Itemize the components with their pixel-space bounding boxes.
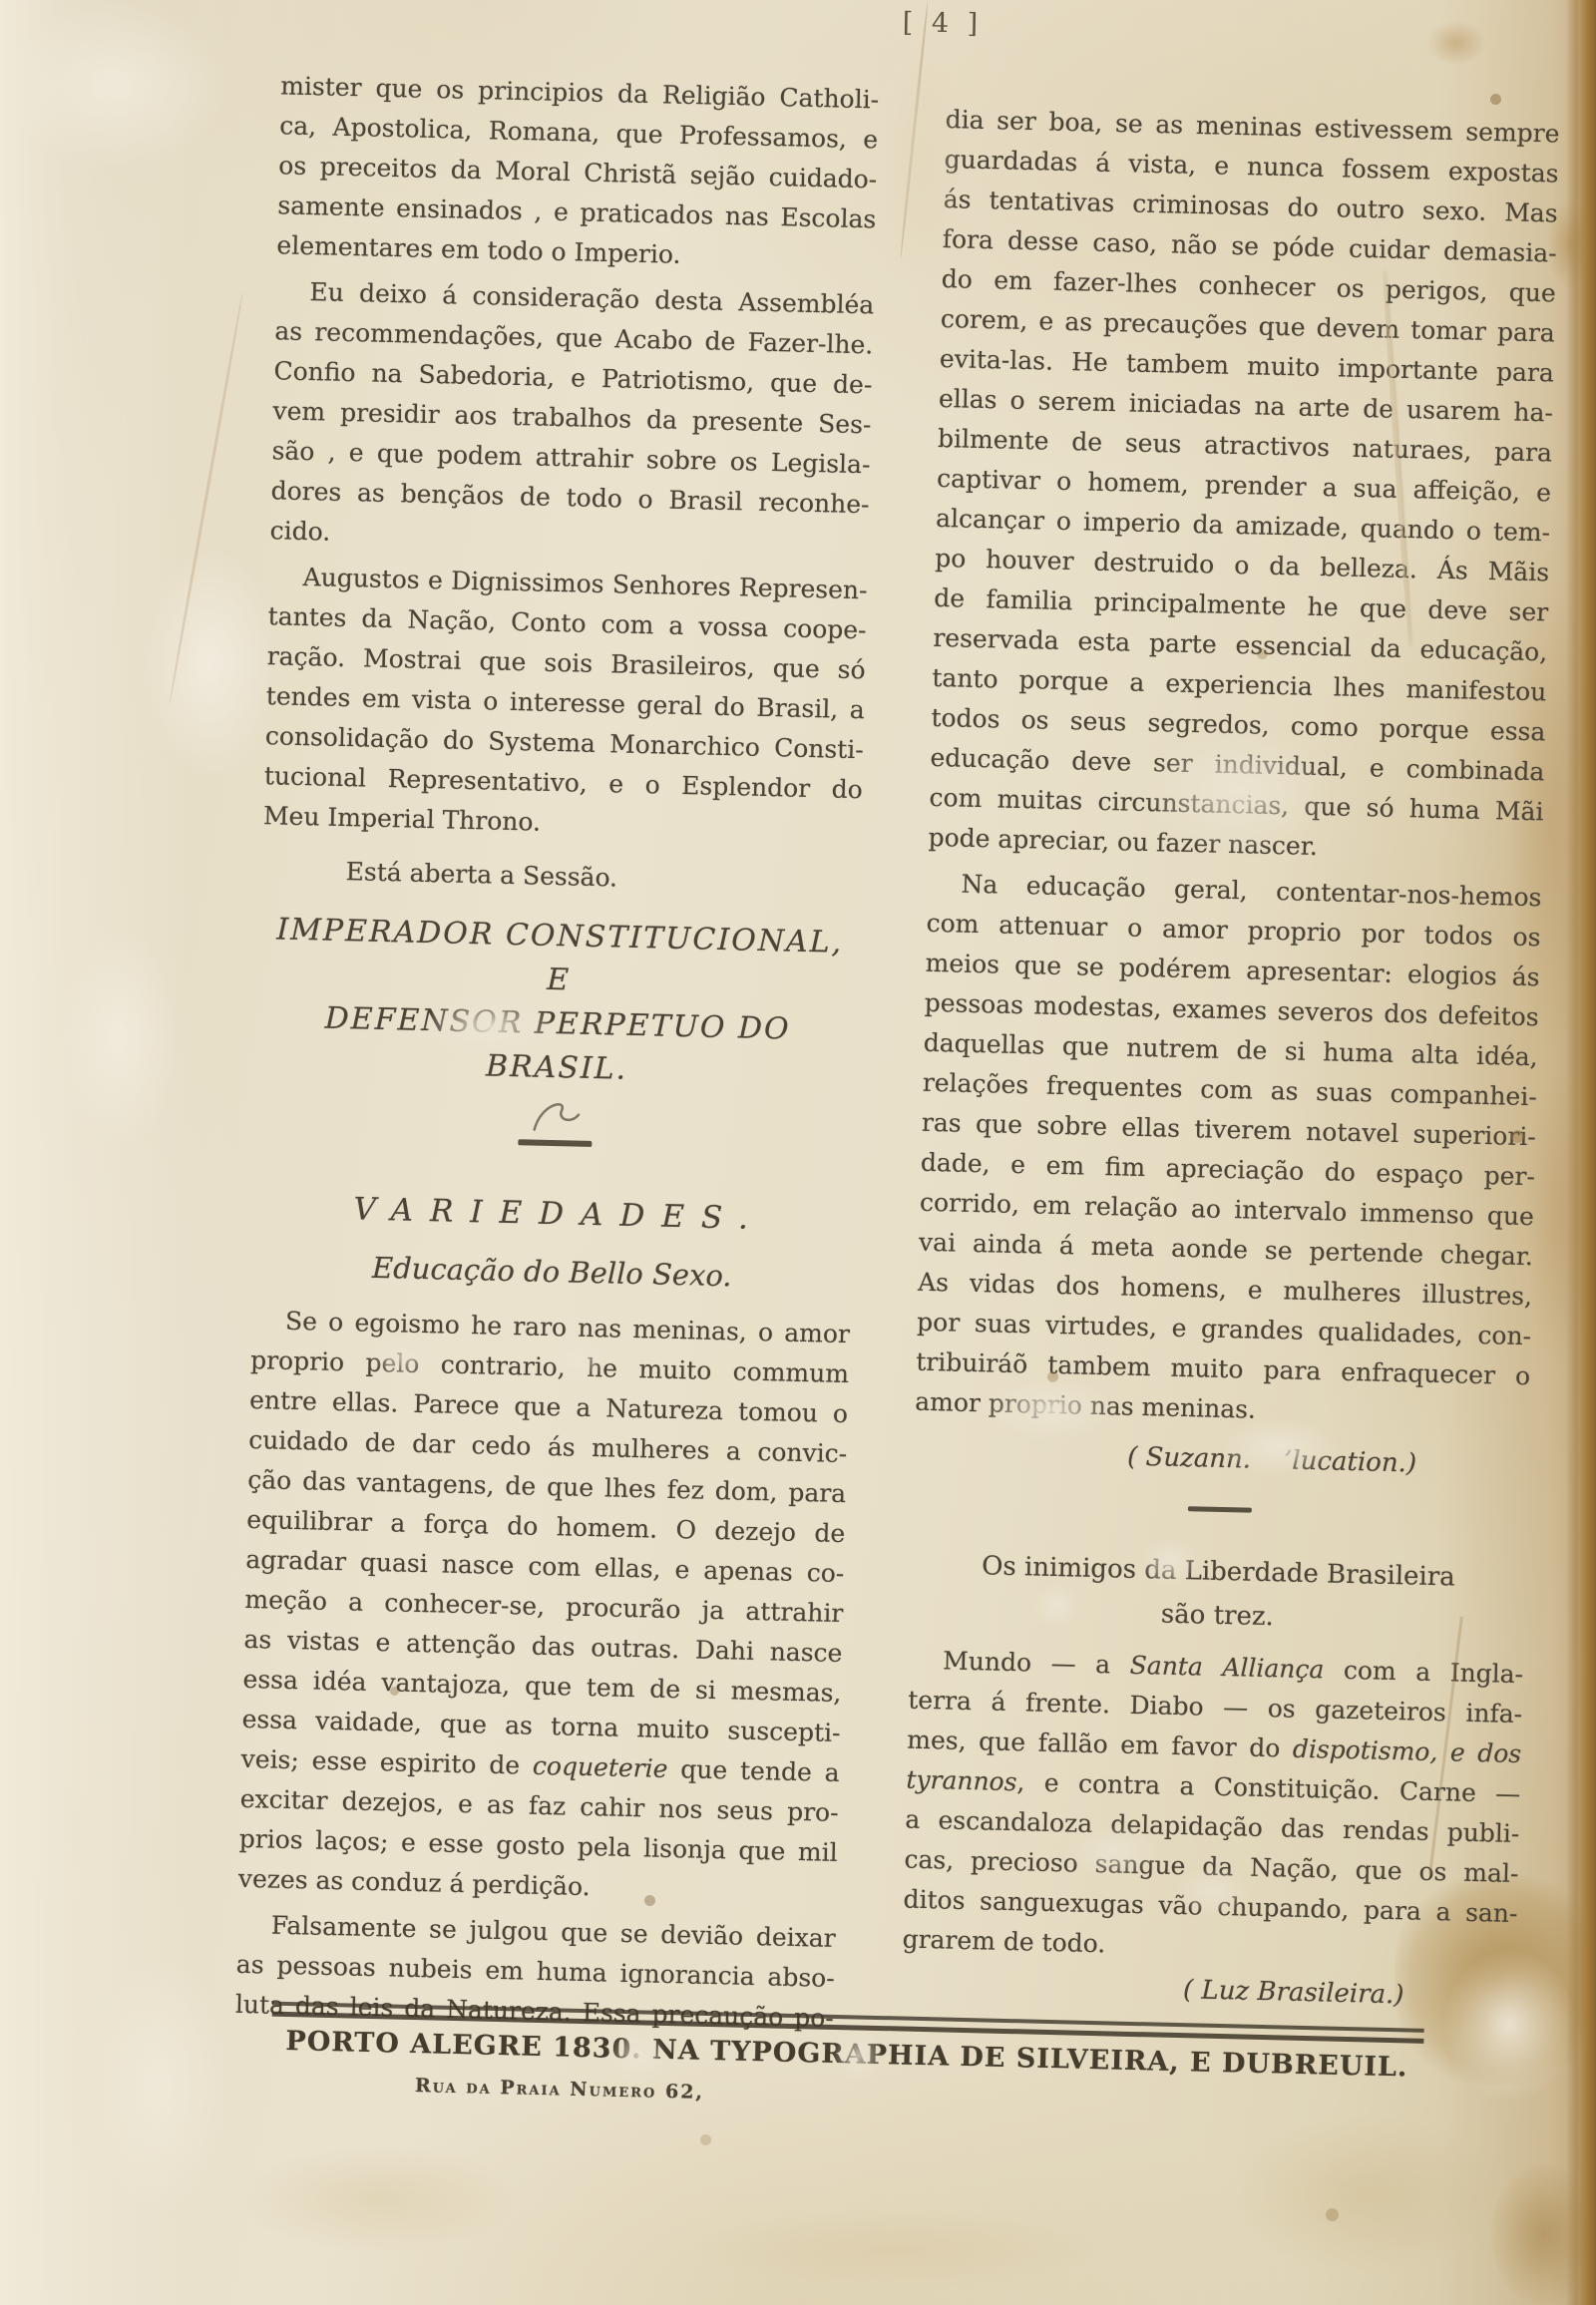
proclamation-line: IMPERADOR CONSTITUCIONAL, E (259, 908, 860, 1009)
article-heading: Educação do Bello Sexo. (252, 1245, 852, 1299)
foxing-specks (0, 0, 7, 7)
paragraph: Mundo — a Santa Alliança com a Ingla-ter… (902, 1641, 1523, 1974)
article-divider (1188, 1506, 1252, 1513)
section-heading: VARIEDADES. (253, 1185, 853, 1243)
right-column: dia ser boa, se as meninas estivessem se… (901, 100, 1560, 2018)
paragraph: mister que os principios da Religião Cat… (276, 66, 880, 279)
imprint-line2: Rua da Praia Numero 62, (310, 2073, 809, 2107)
page-number: [ 4 ] (878, 7, 1008, 40)
section-divider (518, 1139, 592, 1147)
paragraph: Eu deixo á consideração desta Assembléaa… (269, 271, 874, 565)
proclamation: IMPERADOR CONSTITUCIONAL, E DEFENSOR PER… (257, 908, 860, 1097)
session-open-line: Está aberta a Sessão. (261, 850, 861, 904)
torn-left-edge (0, 0, 190, 2305)
page-right-edge (1566, 0, 1596, 2305)
paragraph: Augustos e Dignissimos Senhores Represen… (263, 557, 868, 850)
citation-suzanne: ( Suzann. ’lucation.) (914, 1432, 1529, 1487)
newspaper-page: [ 4 ] mister que os principios da Religi… (0, 0, 1596, 2305)
flourish-mark (521, 1093, 592, 1137)
left-column: mister que os principios da Religião Cat… (234, 66, 879, 2039)
page-content: mister que os principios da Religião Cat… (225, 66, 1570, 2130)
paragraph: dia ser boa, se as meninas estivessem se… (928, 100, 1560, 872)
paragraph: Na educação geral, contentar-nos-hemosco… (915, 864, 1542, 1436)
paragraph: Se o egoismo he raro nas meninas, o amor… (237, 1301, 850, 1913)
